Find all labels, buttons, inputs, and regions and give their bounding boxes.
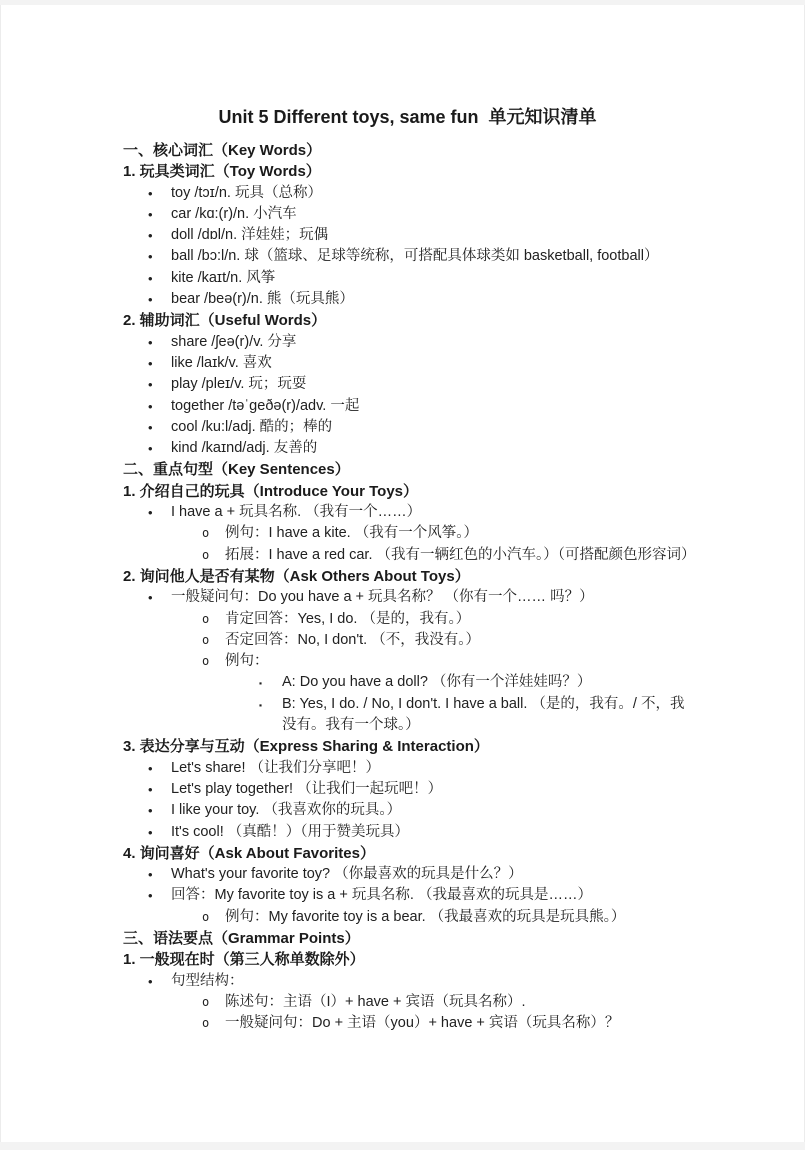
text-line: ball /bɔ:l/n. 球（篮球、足球等统称，可搭配具体球类如 basket…	[171, 248, 658, 264]
bullet-square-icon: ▪	[259, 673, 262, 694]
text-line: doll /dɒl/n. 洋娃娃；玩偶	[171, 227, 328, 243]
text-line: 例句：	[225, 653, 269, 669]
list-item: •toy /tɔɪ/n. 玩具（总称）	[123, 183, 692, 204]
bullet-dot-icon: •	[148, 396, 153, 417]
text-line: cool /ku:l/adj. 酷的；棒的	[171, 419, 332, 435]
bullet-dot-icon: •	[148, 374, 153, 395]
text-line: What's your favorite toy? （你最喜欢的玩具是什么？）	[171, 866, 523, 882]
section-heading: 一、核心词汇（Key Words）	[123, 140, 692, 161]
bullet-dot-icon: •	[148, 822, 153, 843]
numbered-heading: 2. 询问他人是否有某物（Ask Others About Toys）	[123, 566, 692, 587]
list-item: ▪B: Yes, I do. / No, I don't. I have a b…	[123, 694, 692, 737]
bullet-dot-icon: •	[148, 779, 153, 800]
text-line: 2. 询问他人是否有某物（Ask Others About Toys）	[123, 568, 470, 585]
list-item: •Let's play together! （让我们一起玩吧！）	[123, 779, 692, 800]
text-line: like /laɪk/v. 喜欢	[171, 355, 272, 371]
text-line: 拓展：I have a red car. （我有一辆红色的小汽车。）（可搭配颜色…	[225, 547, 696, 563]
numbered-heading: 1. 玩具类词汇（Toy Words）	[123, 161, 692, 182]
bullet-dot-icon: •	[148, 800, 153, 821]
text-line: bear /beə(r)/n. 熊（玩具熊）	[171, 291, 354, 307]
list-item: •I like your toy. （我喜欢你的玩具。）	[123, 800, 692, 821]
list-item: o陈述句：主语（I）+ have + 宾语（玩具名称）.	[123, 992, 692, 1013]
bullet-dot-icon: •	[148, 353, 153, 374]
bullet-circle-icon: o	[202, 545, 209, 566]
text-line: car /kɑ:(r)/n. 小汽车	[171, 206, 297, 222]
text-line: 3. 表达分享与互动（Express Sharing & Interaction…	[123, 738, 489, 755]
bullet-dot-icon: •	[148, 864, 153, 885]
document-body: 一、核心词汇（Key Words）1. 玩具类词汇（Toy Words）•toy…	[123, 140, 692, 1034]
list-item: •together /təˈgeðə(r)/adv. 一起	[123, 396, 692, 417]
text-line: 二、重点句型（Key Sentences）	[123, 461, 350, 478]
bullet-dot-icon: •	[148, 246, 153, 267]
list-item: •cool /ku:l/adj. 酷的；棒的	[123, 417, 692, 438]
text-line: 陈述句：主语（I）+ have + 宾语（玩具名称）.	[225, 994, 526, 1010]
bullet-dot-icon: •	[148, 502, 153, 523]
text-line: 2. 辅助词汇（Useful Words）	[123, 312, 326, 329]
list-item: •ball /bɔ:l/n. 球（篮球、足球等统称，可搭配具体球类如 baske…	[123, 246, 692, 267]
list-item: •share /ʃeə(r)/v. 分享	[123, 332, 692, 353]
bullet-circle-icon: o	[202, 1013, 209, 1034]
bullet-circle-icon: o	[202, 907, 209, 928]
text-line: 句型结构：	[171, 973, 244, 989]
section-heading: 三、语法要点（Grammar Points）	[123, 928, 692, 949]
list-item: •like /laɪk/v. 喜欢	[123, 353, 692, 374]
list-item: •play /pleɪ/v. 玩；玩耍	[123, 374, 692, 395]
bullet-dot-icon: •	[148, 971, 153, 992]
list-item: •kite /kaɪt/n. 风筝	[123, 268, 692, 289]
text-line: 一般疑问句：Do you have a + 玩具名称？ （你有一个…… 吗？）	[171, 589, 594, 605]
list-item: •句型结构：	[123, 971, 692, 992]
text-line: share /ʃeə(r)/v. 分享	[171, 334, 296, 350]
text-line: I have a + 玩具名称. （我有一个……）	[171, 504, 421, 520]
list-item: o一般疑问句：Do + 主语（you）+ have + 宾语（玩具名称）？	[123, 1013, 692, 1034]
text-line: It's cool! （真酷！）（用于赞美玩具）	[171, 824, 409, 840]
list-item: •回答：My favorite toy is a + 玩具名称. （我最喜欢的玩…	[123, 885, 692, 906]
bullet-dot-icon: •	[148, 183, 153, 204]
list-item: •I have a + 玩具名称. （我有一个……）	[123, 502, 692, 523]
numbered-heading: 4. 询问喜好（Ask About Favorites）	[123, 843, 692, 864]
bullet-dot-icon: •	[148, 268, 153, 289]
list-item: •car /kɑ:(r)/n. 小汽车	[123, 204, 692, 225]
bullet-square-icon: ▪	[259, 695, 262, 716]
text-line: 例句：My favorite toy is a bear. （我最喜欢的玩具是玩…	[225, 909, 625, 925]
bullet-circle-icon: o	[202, 609, 209, 630]
list-item: o肯定回答：Yes, I do. （是的，我有。）	[123, 609, 692, 630]
text-line: 否定回答：No, I don't. （不，我没有。）	[225, 632, 480, 648]
text-line: 例句：I have a kite. （我有一个风筝。）	[225, 525, 478, 541]
text-line: 1. 玩具类词汇（Toy Words）	[123, 163, 321, 180]
list-item: ▪A: Do you have a doll? （你有一个洋娃娃吗？）	[123, 672, 692, 693]
list-item: •doll /dɒl/n. 洋娃娃；玩偶	[123, 225, 692, 246]
text-line: toy /tɔɪ/n. 玩具（总称）	[171, 185, 322, 201]
list-item: •一般疑问句：Do you have a + 玩具名称？ （你有一个…… 吗？）	[123, 587, 692, 608]
text-line: A: Do you have a doll? （你有一个洋娃娃吗？）	[282, 672, 687, 693]
bullet-dot-icon: •	[148, 204, 153, 225]
document-page: Unit 5 Different toys, same fun 单元知识清单 一…	[0, 5, 805, 1142]
text-line: kind /kaɪnd/adj. 友善的	[171, 440, 317, 456]
bullet-dot-icon: •	[148, 885, 153, 906]
bullet-circle-icon: o	[202, 630, 209, 651]
list-item: o例句：My favorite toy is a bear. （我最喜欢的玩具是…	[123, 907, 692, 928]
list-item: •bear /beə(r)/n. 熊（玩具熊）	[123, 289, 692, 310]
text-line: kite /kaɪt/n. 风筝	[171, 270, 275, 286]
text-line: I like your toy. （我喜欢你的玩具。）	[171, 802, 401, 818]
bullet-circle-icon: o	[202, 992, 209, 1013]
numbered-heading: 1. 介绍自己的玩具（Introduce Your Toys）	[123, 481, 692, 502]
text-line: Let's share! （让我们分享吧！）	[171, 760, 380, 776]
text-line: 1. 介绍自己的玩具（Introduce Your Toys）	[123, 483, 418, 500]
text-line: together /təˈgeðə(r)/adv. 一起	[171, 398, 359, 414]
list-item: o拓展：I have a red car. （我有一辆红色的小汽车。）（可搭配颜…	[123, 545, 692, 566]
text-line: 肯定回答：Yes, I do. （是的，我有。）	[225, 611, 470, 627]
text-line: 4. 询问喜好（Ask About Favorites）	[123, 845, 375, 862]
numbered-heading: 1. 一般现在时（第三人称单数除外）	[123, 949, 692, 970]
list-item: •Let's share! （让我们分享吧！）	[123, 758, 692, 779]
text-line: 回答：My favorite toy is a + 玩具名称. （我最喜欢的玩具…	[171, 887, 592, 903]
text-line: 1. 一般现在时（第三人称单数除外）	[123, 951, 365, 968]
bullet-dot-icon: •	[148, 289, 153, 310]
document-title: Unit 5 Different toys, same fun 单元知识清单	[123, 105, 692, 129]
list-item: o例句：I have a kite. （我有一个风筝。）	[123, 523, 692, 544]
list-item: o否定回答：No, I don't. （不，我没有。）	[123, 630, 692, 651]
text-line: B: Yes, I do. / No, I don't. I have a ba…	[282, 694, 687, 737]
section-heading: 二、重点句型（Key Sentences）	[123, 459, 692, 480]
list-item: •kind /kaɪnd/adj. 友善的	[123, 438, 692, 459]
bullet-circle-icon: o	[202, 651, 209, 672]
bullet-dot-icon: •	[148, 332, 153, 353]
bullet-circle-icon: o	[202, 523, 209, 544]
bullet-dot-icon: •	[148, 225, 153, 246]
bullet-dot-icon: •	[148, 438, 153, 459]
text-line: 一般疑问句：Do + 主语（you）+ have + 宾语（玩具名称）？	[225, 1015, 619, 1031]
bullet-dot-icon: •	[148, 587, 153, 608]
bullet-dot-icon: •	[148, 417, 153, 438]
numbered-heading: 2. 辅助词汇（Useful Words）	[123, 310, 692, 331]
list-item: o例句：	[123, 651, 692, 672]
list-item: •What's your favorite toy? （你最喜欢的玩具是什么？）	[123, 864, 692, 885]
list-item: •It's cool! （真酷！）（用于赞美玩具）	[123, 822, 692, 843]
text-line: Let's play together! （让我们一起玩吧！）	[171, 781, 442, 797]
text-line: 一、核心词汇（Key Words）	[123, 142, 321, 159]
bullet-dot-icon: •	[148, 758, 153, 779]
text-line: play /pleɪ/v. 玩；玩耍	[171, 376, 306, 392]
numbered-heading: 3. 表达分享与互动（Express Sharing & Interaction…	[123, 736, 692, 757]
text-line: 三、语法要点（Grammar Points）	[123, 930, 360, 947]
